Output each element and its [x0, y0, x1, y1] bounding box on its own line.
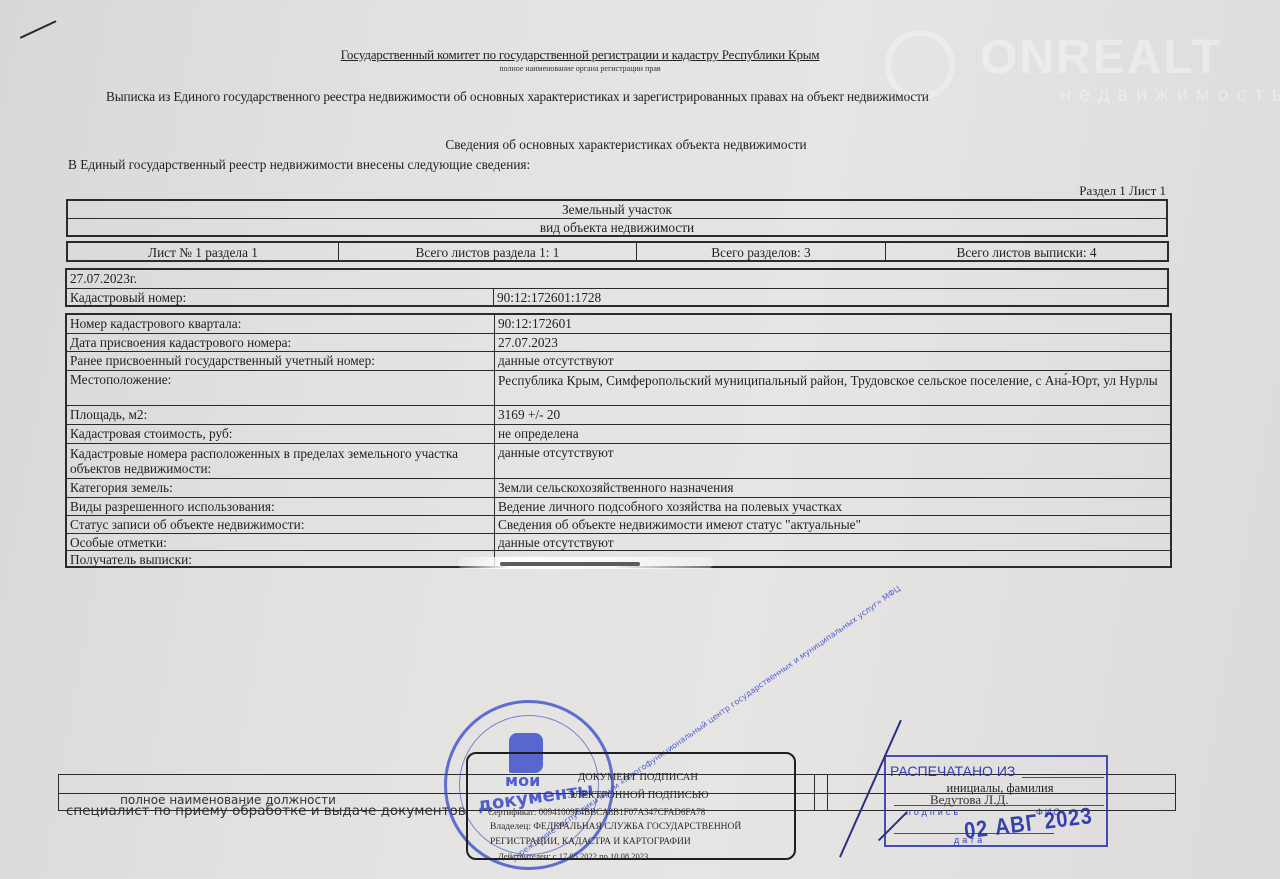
object-kind-value: Земельный участок	[68, 201, 1166, 218]
record-date-row: 27.07.2023г.	[67, 270, 1167, 289]
field-value: Республика Крым, Симферопольский муницип…	[494, 371, 1170, 405]
table-row: Ранее присвоенный государственный учетны…	[67, 352, 1170, 371]
table-row: Кадастровые номера расположенных в преде…	[67, 444, 1170, 479]
cadastral-number-row: Кадастровый номер: 90:12:172601:1728	[67, 289, 1167, 307]
field-value: 90:12:172601	[494, 315, 1170, 333]
table-row: Дата присвоения кадастрового номера: 27.…	[67, 334, 1170, 352]
field-label: Категория земель:	[67, 479, 494, 497]
field-label: Местоположение:	[67, 371, 494, 405]
field-value: данные отсутствуют	[494, 352, 1170, 370]
total-sheets-extract: Всего листов выписки: 4	[885, 243, 1167, 260]
watermark-sub: недвижимость	[1060, 84, 1280, 107]
sheets-info-row: Лист № 1 раздела 1 Всего листов раздела …	[66, 241, 1169, 262]
ecp-line2: ЭЛЕКТРОННОЙ ПОДПИСЬЮ	[568, 790, 709, 801]
cadastral-number-value: 90:12:172601:1728	[493, 289, 1167, 307]
section-title: Сведения об основных характеристиках объ…	[0, 137, 1252, 153]
extract-title: Выписка из Единого государственного реес…	[106, 89, 929, 105]
ecp-certificate: Сертификат: 00941009F4BBCA8B1F07A347CFAD…	[488, 807, 705, 817]
field-value: данные отсутствуют	[494, 444, 1170, 478]
table-row: Категория земель: Земли сельскохозяйстве…	[67, 479, 1170, 498]
table-row: Статус записи об объекте недвижимости: С…	[67, 516, 1170, 534]
characteristics-table: Номер кадастрового квартала: 90:12:17260…	[65, 313, 1172, 568]
object-kind-box: Земельный участок вид объекта недвижимос…	[66, 199, 1168, 237]
field-label: Кадастровая стоимость, руб:	[67, 425, 494, 443]
organization-name: Государственный комитет по государственн…	[0, 47, 1160, 63]
field-label: Виды разрешенного использования:	[67, 498, 494, 515]
table-row: Виды разрешенного использования: Ведение…	[67, 498, 1170, 516]
electronic-signature-stamp: ДОКУМЕНТ ПОДПИСАН ЭЛЕКТРОННОЙ ПОДПИСЬЮ С…	[466, 752, 796, 860]
field-label: Статус записи об объекте недвижимости:	[67, 516, 494, 533]
ecp-owner: Владелец: ФЕДЕРАЛЬНАЯ СЛУЖБА ГОСУДАРСТВЕ…	[490, 822, 741, 832]
field-value: 27.07.2023	[494, 334, 1170, 351]
position-value: специалист по приему обработке и выдаче …	[66, 803, 466, 819]
field-value: 3169 +/- 20	[494, 406, 1170, 424]
pen-mark	[20, 20, 57, 39]
field-label: Кадастровые номера расположенных в преде…	[67, 444, 494, 478]
table-row: Особые отметки: данные отсутствуют	[67, 534, 1170, 551]
organization-caption: полное наименование органа регистрации п…	[0, 64, 1160, 73]
redaction-stroke	[500, 562, 640, 566]
field-value: Ведение личного подсобного хозяйства на …	[494, 498, 1170, 515]
signature-table-column	[814, 775, 815, 810]
table-row: Номер кадастрового квартала: 90:12:17260…	[67, 315, 1170, 334]
printed-from-stamp: РАСПЕЧАТАНО ИЗ подпись ФИО 02 АВГ 2023 д…	[884, 755, 1108, 847]
field-label: Номер кадастрового квартала:	[67, 315, 494, 333]
ecp-validity: Действителен: с 17.05.2022 по 10.08.2023	[498, 851, 648, 861]
cadastral-number-label: Кадастровый номер:	[67, 289, 493, 307]
field-label: Площадь, м2:	[67, 406, 494, 424]
object-kind-row: Земельный участок	[68, 201, 1166, 219]
field-label: Особые отметки:	[67, 534, 494, 550]
record-box: 27.07.2023г. Кадастровый номер: 90:12:17…	[65, 268, 1169, 307]
field-label: Дата присвоения кадастрового номера:	[67, 334, 494, 351]
object-kind-caption-row: вид объекта недвижимости	[68, 219, 1166, 236]
table-row: Местоположение: Республика Крым, Симферо…	[67, 371, 1170, 406]
signature-table-column	[827, 775, 828, 810]
field-label: Ранее присвоенный государственный учетны…	[67, 352, 494, 370]
object-kind-caption: вид объекта недвижимости	[68, 219, 1166, 236]
field-value: не определена	[494, 425, 1170, 443]
print-stamp-data: дата	[954, 835, 985, 845]
field-value: Земли сельскохозяйственного назначения	[494, 479, 1170, 497]
field-label: Получатель выписки:	[67, 551, 494, 567]
ecp-owner-cont: РЕГИСТРАЦИИ, КАДАСТРА И КАРТОГРАФИИ	[490, 837, 691, 847]
print-stamp-title: РАСПЕЧАТАНО ИЗ	[890, 763, 1015, 779]
total-sheets-section: Всего листов раздела 1: 1	[338, 243, 636, 260]
print-stamp-podpis: подпись	[906, 807, 961, 817]
sheet-number: Лист № 1 раздела 1	[68, 243, 338, 260]
table-row: Площадь, м2: 3169 +/- 20	[67, 406, 1170, 425]
field-value: Сведения об объекте недвижимости имеют с…	[494, 516, 1170, 533]
intro-text: В Единый государственный реестр недвижим…	[68, 157, 530, 173]
field-value: данные отсутствуют	[494, 534, 1170, 550]
ecp-line1: ДОКУМЕНТ ПОДПИСАН	[578, 772, 698, 783]
print-stamp-blank-line	[1022, 777, 1104, 778]
table-row: Кадастровая стоимость, руб: не определен…	[67, 425, 1170, 444]
record-date: 27.07.2023г.	[67, 270, 1167, 288]
print-stamp-line	[894, 833, 1054, 834]
total-sections: Всего разделов: 3	[636, 243, 885, 260]
